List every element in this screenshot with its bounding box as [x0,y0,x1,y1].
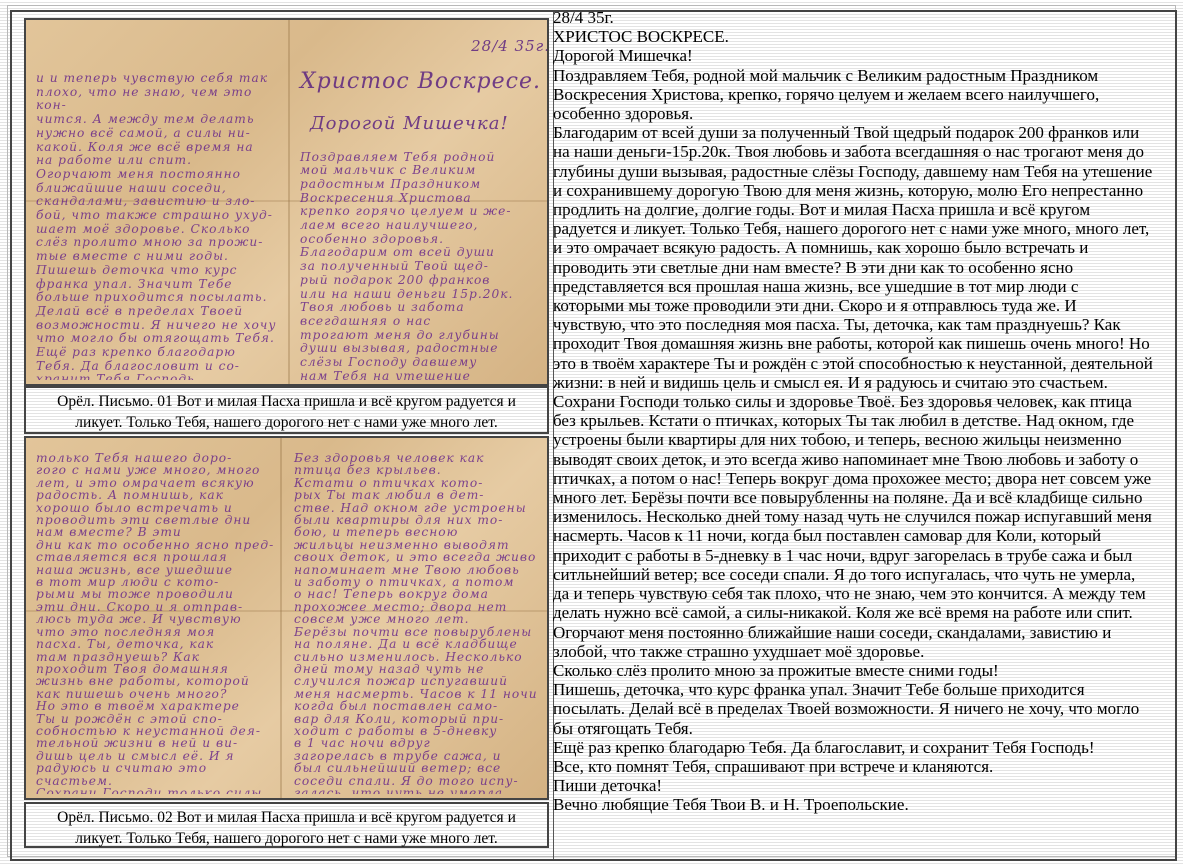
handwritten-left-page: и и теперь чувствую себя так плохо, что … [26,24,296,380]
handwritten-right-page: 28/4 35г. Христос Воскресе. Дорогой Мише… [290,24,549,380]
handwritten-greeting: Дорогой Мишечка! [300,111,549,137]
letter-image-02[interactable]: только Тебя нашего доро- гого с нами уже… [24,436,549,800]
handwritten-title: Христос Воскресе. [300,67,549,97]
letter-title: ХРИСТОС ВОСКРЕСЕ. [553,27,1153,46]
letter-image-01[interactable]: и и теперь чувствую себя так плохо, что … [24,18,549,386]
paragraph: Ещё раз крепко благодарю Тебя. Да благос… [553,738,1153,757]
handwritten-left-page: только Тебя нашего доро- гого с нами уже… [26,442,296,794]
transcription: 28/4 35г. ХРИСТОС ВОСКРЕСЕ. Дорогой Мише… [553,8,1153,815]
letter-greeting: Дорогой Мишечка! [553,46,1153,65]
letter-signature: Вечно любящие Тебя Твои В. и Н. Троеполь… [553,795,1153,814]
paragraph: Поздравляем Тебя, родной мой мальчик с В… [553,66,1153,124]
paragraph: Благодарим от всей души за полученный Тв… [553,123,1153,661]
handwritten-right-page: Без здоровья человек как птица без крыль… [284,442,549,794]
caption-text: Орёл. Письмо. 02 Вот и милая Пасха пришл… [57,809,516,847]
handwritten-body: Поздравляем Тебя родной мой мальчик с Ве… [300,151,549,380]
handwritten-date: 28/4 35г. [300,40,549,54]
paragraph: Сколько слёз пролито мною за прожитые вм… [553,661,1153,680]
paragraph: Пиши деточка! [553,776,1153,795]
caption-02: Орёл. Письмо. 02 Вот и милая Пасха пришл… [24,802,549,848]
caption-text: Орёл. Письмо. 01 Вот и милая Пасха пришл… [57,393,516,431]
letter-date: 28/4 35г. [553,8,1153,27]
caption-01: Орёл. Письмо. 01 Вот и милая Пасха пришл… [24,386,549,434]
paragraph: Все, кто помнят Тебя, спрашивают при вст… [553,757,1153,776]
paragraph: Пишешь, деточка, что курс франка упал. З… [553,680,1153,738]
